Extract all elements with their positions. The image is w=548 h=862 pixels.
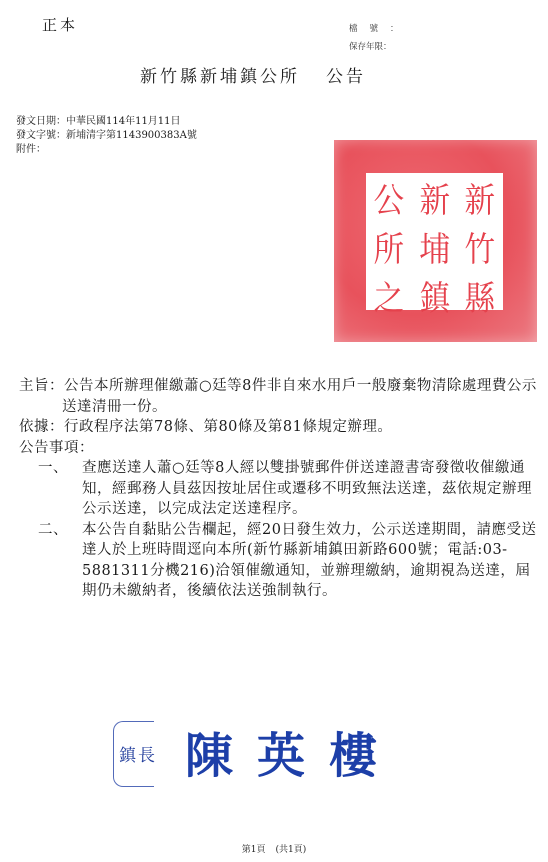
seal-inner-field: 新 竹 縣 新 埔 鎮 公 所 之 [366,173,503,310]
subject-paragraph: 主旨：公告本所辦理催繳蕭○廷等8件非自來水用戶一般廢棄物清除處理費公示送達清冊一… [19,376,539,417]
signature-title: 鎮長 [119,741,157,766]
total-pages: (共1頁) [275,845,306,855]
matters-heading: 公告事項： [19,438,539,459]
document-number-label: 發文字號： [16,130,66,141]
document-info: 發文日期：中華民國114年11月11日 發文字號：新埔清字第1143900383… [16,115,197,157]
seal-character: 埔 [414,222,455,271]
seal-character: 之 [368,271,409,320]
page-number: 第1頁(共1頁) [0,842,548,855]
seal-character: 縣 [460,271,501,320]
agency-name: 新竹縣新埔鎮公所 [140,67,300,87]
basis-text: 行政程序法第78條、第80條及第81條規定辦理。 [64,419,392,435]
seal-character: 鎮 [414,271,455,320]
item-text: 查應送達人蕭○廷等8人經以雙掛號郵件併送達證書寄發徵收催繳通知，經郵務人員茲因按… [82,460,532,517]
item-number: 一、 [38,458,68,479]
original-copy-mark: 正本 [42,14,78,35]
archive-meta: 檔號： 保存年限： [349,20,411,56]
attachment-label: 附件： [16,144,46,155]
item-number: 二、 [38,520,68,541]
seal-character: 新 [414,173,455,222]
matter-item-2: 二、 本公告自黏貼公告欄起，經20日發生效力，公示送達期間，請應受送達人於上班時… [19,520,539,602]
attachment-row: 附件： [16,143,197,157]
issue-date-label: 發文日期： [16,116,66,127]
seal-character: 所 [368,222,409,271]
signature-name: 陳英樓 [185,717,401,786]
item-text: 本公告自黏貼公告欄起，經20日發生效力，公示送達期間，請應受送達人於上班時間逕向… [82,522,536,600]
matter-item-1: 一、 查應送達人蕭○廷等8人經以雙掛號郵件併送達證書寄發徵收催繳通知，經郵務人員… [19,458,539,520]
basis-label: 依據： [19,419,64,435]
page-title: 新竹縣新埔鎮公所公告 [140,62,366,87]
document-number-row: 發文字號：新埔清字第1143900383A號 [16,129,197,143]
issue-date-value: 中華民國114年11月11日 [66,116,181,127]
document-type: 公告 [326,67,366,87]
seal-character: 公 [368,173,409,222]
subject-label: 主旨： [19,378,64,394]
seal-character: 竹 [460,222,501,271]
current-page: 第1頁 [242,845,266,855]
subject-text: 公告本所辦理催繳蕭○廷等8件非自來水用戶一般廢棄物清除處理費公示送達清冊一份。 [62,378,537,415]
document-number-value: 新埔清字第1143900383A號 [66,130,197,141]
mayor-signature-stamp: 鎮長 陳英樓 [113,713,423,797]
file-number-label: 檔號： [349,20,411,38]
seal-character: 新 [460,173,501,222]
announcement-body: 主旨：公告本所辦理催繳蕭○廷等8件非自來水用戶一般廢棄物清除處理費公示送達清冊一… [19,376,539,602]
retention-period-label: 保存年限： [349,38,411,56]
issue-date-row: 發文日期：中華民國114年11月11日 [16,115,197,129]
official-seal-stamp: 新 竹 縣 新 埔 鎮 公 所 之 [334,140,537,342]
basis-paragraph: 依據：行政程序法第78條、第80條及第81條規定辦理。 [19,417,539,438]
